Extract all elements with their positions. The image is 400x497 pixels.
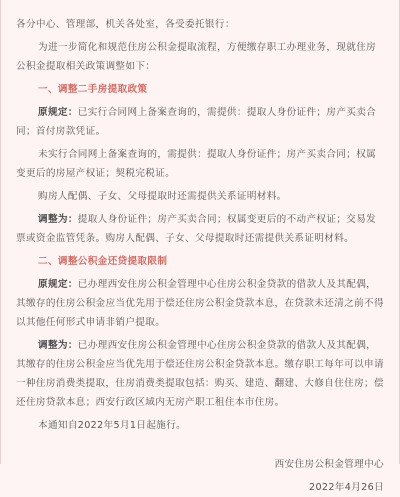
salutation: 各分中心、管理部，机关各处室，各受委托银行： <box>16 15 384 34</box>
adjusted-label: 调整为： <box>38 340 78 351</box>
section2-adjusted: 调整为：已办理西安住房公积金管理中心住房公积金贷款的借款人及其配偶，其缴存的住房… <box>16 336 384 412</box>
section1-adjusted: 调整为：提取人身份证件；房产买卖合同；权属变更后的不动产权证；交易发票或资金监管… <box>16 210 384 248</box>
notice-document: 各分中心、管理部，机关各处室，各受委托银行： 为进一步简化和规范住房公积金提取流… <box>16 15 384 464</box>
section2-original: 原规定：已办理西安住房公积金管理中心住房公积金贷款的借款人及其配偶，其缴存的住房… <box>16 275 384 332</box>
original-label: 原规定： <box>38 279 78 290</box>
document-frame: 各分中心、管理部，机关各处室，各受委托银行： 为进一步简化和规范住房公积金提取流… <box>0 0 400 464</box>
section1-heading: 一、调整二手房提取政策 <box>16 80 384 99</box>
adjusted-label: 调整为： <box>38 214 78 225</box>
section2-heading: 二、调整公积金还贷提取限制 <box>16 252 384 271</box>
section1-original-2: 未实行合同网上备案查询的，需提供：提取人身份证件；房产买卖合同；权属变更后的房屋… <box>16 145 384 183</box>
issuer: 西安住房公积金管理中心 <box>16 455 384 464</box>
original-label: 原规定： <box>38 107 78 118</box>
effective-date-statement: 本通知自2022年5月1日起施行。 <box>16 416 384 435</box>
intro-paragraph: 为进一步简化和规范住房公积金提取流程，方便缴存职工办理业务，现就住房公积金提取相… <box>16 38 384 76</box>
section1-original-3: 购房人配偶、子女、父母提取时还需提供关系证明材料。 <box>16 187 384 206</box>
section1-original: 原规定：已实行合同网上备案查询的，需提供：提取人身份证件；房产买卖合同；首付房款… <box>16 103 384 141</box>
